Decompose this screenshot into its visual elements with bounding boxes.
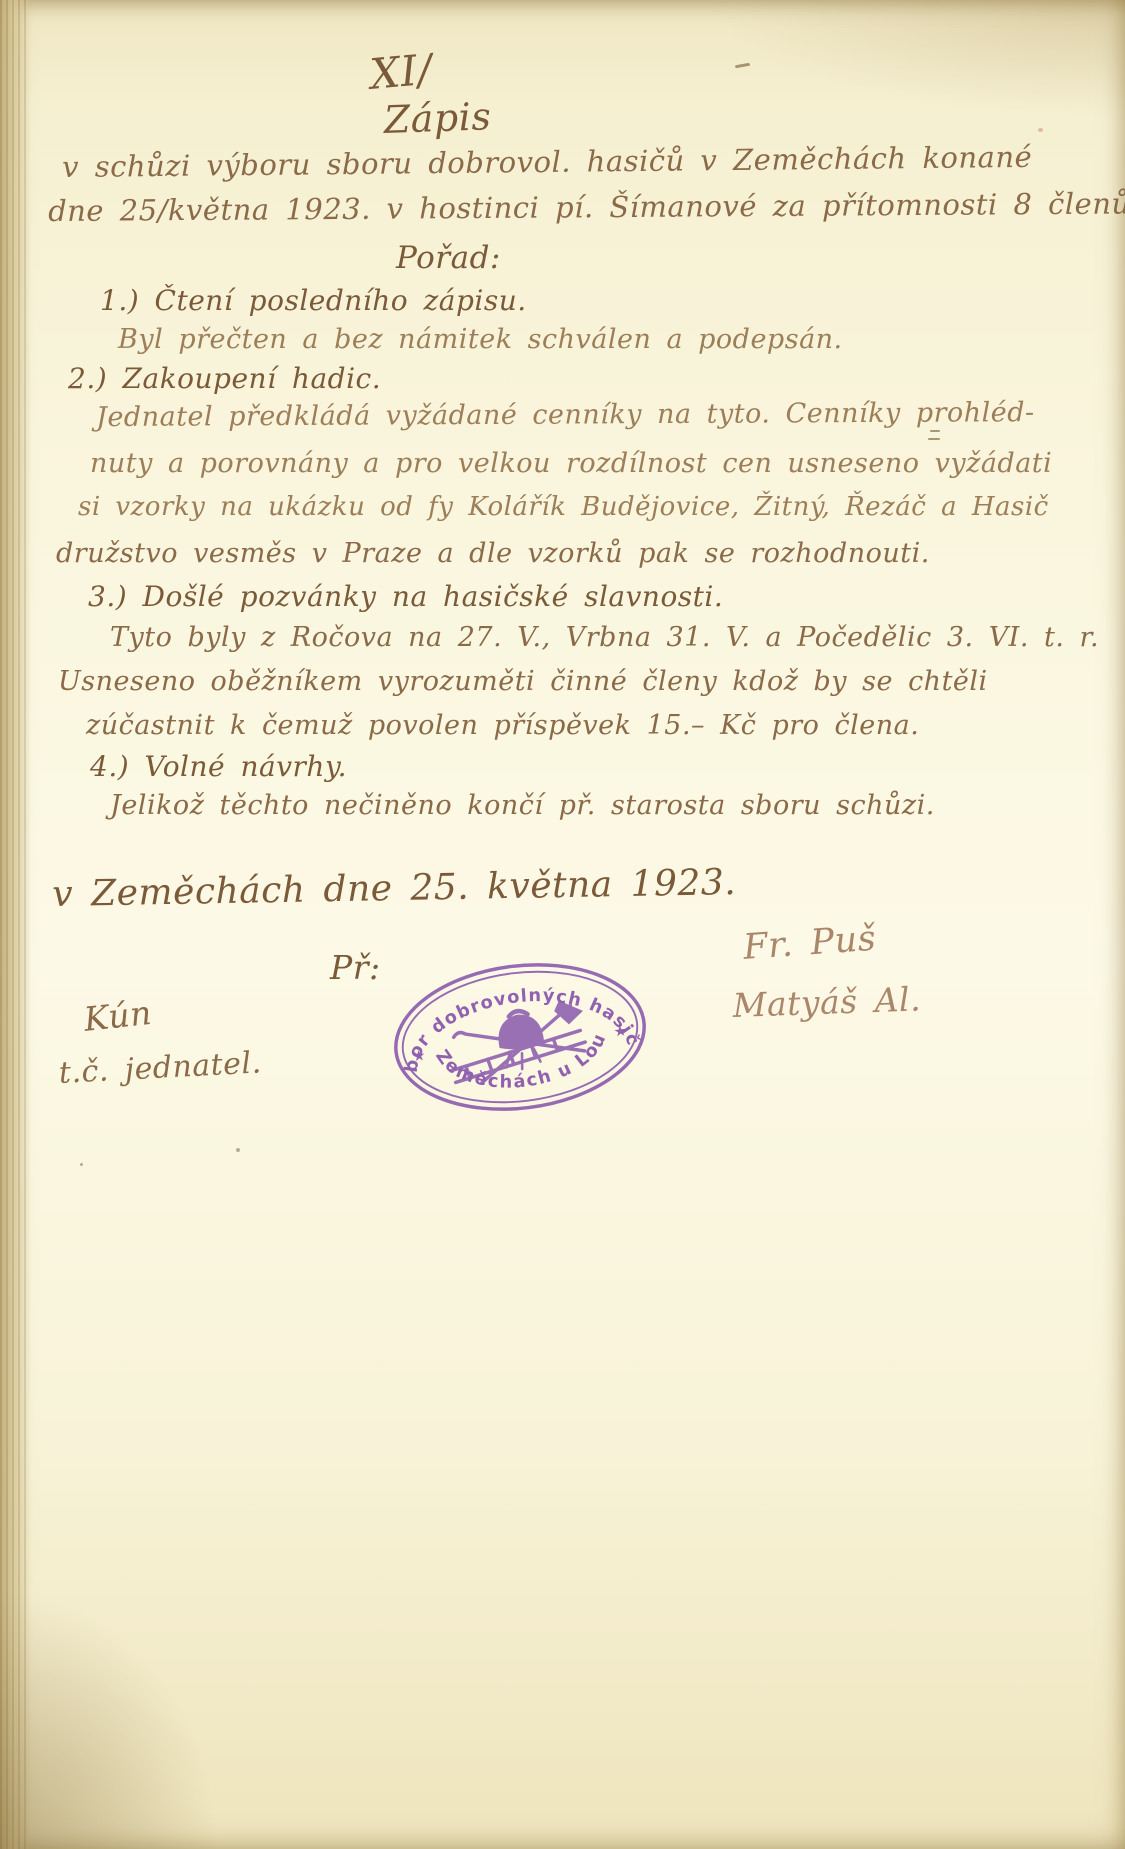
stamp-svg: Sbor dobrovolných hasičů v Zeměchách u L…	[381, 943, 658, 1132]
body-line: 3.) Došlé pozvánky na hasičské slavnosti…	[88, 580, 723, 613]
manuscript-page: XI/ Zápis v schůzi výboru sboru dobrovol…	[0, 0, 1125, 1849]
agenda-heading: Pořad:	[396, 240, 501, 276]
top-right-shadow	[705, 0, 1125, 120]
paper-speck	[236, 1148, 240, 1152]
stray-ink-mark	[928, 438, 940, 440]
signature-right-2: Matyáš Al.	[732, 979, 922, 1025]
intro-line: dne 25/května 1923. v hostinci pí. Šíman…	[48, 186, 1125, 228]
signature-left: Kún	[82, 993, 154, 1039]
body-line: Jednatel předkládá vyžádané cenníky na t…	[96, 397, 1035, 433]
body-line: si vzorky na ukázku od fy Kolářík Budějo…	[78, 492, 1049, 522]
body-line: 1.) Čtení posledního zápisu.	[100, 284, 527, 317]
signature-left-role: t.č. jednatel.	[58, 1045, 262, 1091]
body-line: 2.) Zakoupení hadic.	[68, 362, 381, 395]
body-line: družstvo vesměs v Praze a dle vzorků pak…	[56, 538, 930, 569]
paper-speck	[1038, 128, 1043, 132]
body-line: Tyto byly z Ročova na 27. V., Vrbna 31. …	[110, 622, 1099, 653]
pre-stamp-label: Př:	[330, 948, 381, 987]
body-line: 4.) Volné návrhy.	[90, 750, 347, 783]
body-line: Byl přečten a bez námitek schválen a pod…	[118, 324, 843, 355]
page-title: Zápis	[383, 94, 492, 142]
book-binding-edge	[0, 0, 30, 1849]
stamp-star-right-icon: ★	[613, 1022, 628, 1040]
corner-shadow	[0, 1589, 220, 1849]
signature-right-1: Fr. Puš	[742, 919, 877, 968]
body-line: nuty a porovnány a pro velkou rozdílnost…	[90, 448, 1052, 479]
body-line: zúčastnit k čemuž povolen příspěvek 15.–…	[86, 710, 919, 741]
stamp-star-left-icon: ★	[411, 1047, 426, 1065]
dateline: v Zeměchách dne 25. května 1923.	[52, 862, 737, 915]
page-number: XI/	[368, 45, 434, 99]
body-line: Jelikož těchto nečiněno končí př. staros…	[110, 790, 935, 821]
rubber-stamp: Sbor dobrovolných hasičů v Zeměchách u L…	[381, 943, 658, 1132]
stray-ink-mark	[930, 430, 940, 432]
intro-line: v schůzi výboru sboru dobrovol. hasičů v…	[62, 140, 1032, 184]
paper-speck	[80, 1163, 83, 1166]
body-line: Usneseno oběžníkem vyrozuměti činné člen…	[58, 666, 988, 697]
